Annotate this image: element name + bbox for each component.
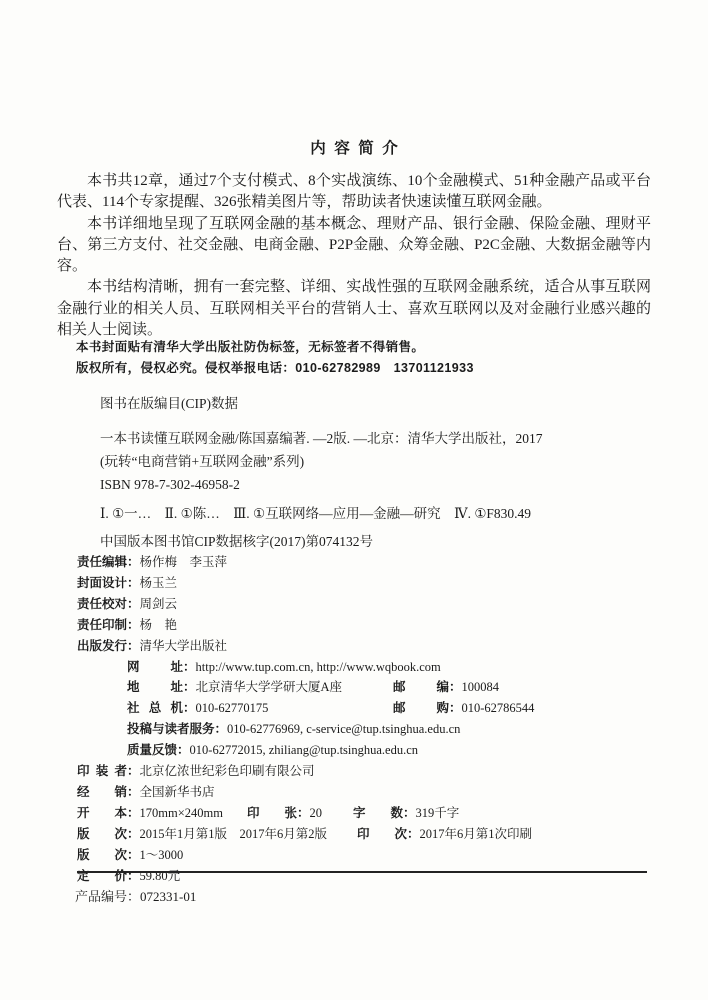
cip-line: 中国版本图书馆CIP数据核字(2017)第074132号 — [100, 531, 543, 552]
colophon-row: 质量反馈：010-62772015, zhiliang@tup.tsinghua… — [77, 740, 652, 761]
colophon-value: 2015年1月第1版 2017年6月第2版 — [140, 824, 328, 845]
colon: ： — [127, 866, 140, 887]
colophon-label: 质量反馈 — [127, 740, 177, 761]
colophon-value: 北京亿浓世纪彩色印刷有限公司 — [140, 761, 315, 782]
colophon-label: 字数 — [353, 803, 403, 824]
colon: ： — [183, 657, 196, 678]
cip-block: 图书在版编目(CIP)数据 一本书读懂互联网金融/陈国嘉编著. —2版. —北京… — [100, 393, 543, 552]
intro-paragraph: 本书详细地呈现了互联网金融的基本概念、理财产品、银行金融、保险金融、理财平台、第… — [57, 214, 651, 278]
anti-piracy-notice: 本书封面贴有清华大学出版社防伪标签，无标签者不得销售。 版权所有，侵权必究。侵权… — [76, 337, 474, 379]
colophon-value: 59.80元 — [140, 866, 181, 887]
cip-line: (玩转“电商营销+互联网金融”系列) — [100, 451, 543, 472]
colophon-value: 杨 艳 — [140, 615, 178, 636]
colon: ： — [183, 677, 196, 698]
colophon-value: 170mm×240mm — [140, 803, 223, 824]
colon: ： — [127, 594, 140, 615]
colophon-value: 010-62786544 — [462, 698, 535, 719]
colophon-label: 责任校对 — [77, 594, 127, 615]
cip-line: ISBN 978-7-302-46958-2 — [100, 474, 543, 495]
colophon-row: 经销：全国新华书店 — [77, 782, 652, 803]
intro-paragraph: 本书结构清晰，拥有一套完整、详细、实战性强的互联网金融系统，适合从事互联网金融行… — [57, 277, 651, 341]
colon: ： — [127, 824, 140, 845]
colophon-row: 责任校对：周剑云 — [77, 594, 652, 615]
content-intro: 本书共12章，通过7个支付模式、8个实战演练、10个金融模式、51种金融产品或平… — [57, 171, 651, 341]
colophon-value: 周剑云 — [140, 594, 178, 615]
colophon-value: 北京清华大学学研大厦A座 — [196, 677, 343, 698]
colon: ： — [297, 803, 310, 824]
colophon-row: 版次：1～3000 — [77, 845, 652, 866]
colophon-label: 投稿与读者服务 — [127, 719, 215, 740]
colophon-row: 封面设计：杨玉兰 — [77, 573, 652, 594]
colon: ： — [407, 824, 420, 845]
notice-line: 版权所有，侵权必究。侵权举报电话：010-62782989 1370112193… — [76, 358, 474, 379]
colon: ： — [127, 615, 140, 636]
colophon-value: 杨作梅 李玉萍 — [140, 552, 228, 573]
cip-heading: 图书在版编目(CIP)数据 — [100, 393, 543, 414]
colon: ： — [127, 845, 140, 866]
product-code-label: 产品编号 — [75, 889, 127, 904]
colophon-label: 责任印制 — [77, 615, 127, 636]
colophon-row: 投稿与读者服务：010-62776969, c-service@tup.tsin… — [77, 719, 652, 740]
cip-line: Ⅰ. ①一… Ⅱ. ①陈… Ⅲ. ①互联网络—应用—金融—研究 Ⅳ. ①F830… — [100, 503, 543, 524]
cip-line: 一本书读懂互联网金融/陈国嘉编著. —2版. —北京：清华大学出版社，2017 — [100, 428, 543, 449]
colon: ： — [127, 636, 140, 657]
colophon-value: 010-62776969, c-service@tup.tsinghua.edu… — [227, 719, 460, 740]
colon: ： — [127, 552, 140, 573]
colophon-value: 20 — [310, 803, 323, 824]
notice-line: 本书封面贴有清华大学出版社防伪标签，无标签者不得销售。 — [76, 337, 474, 358]
colophon-row: 责任编辑：杨作梅 李玉萍 — [77, 552, 652, 573]
colophon-row: 开本：170mm×240mm 印张：20 字数：319千字 — [77, 803, 652, 824]
colophon-row: 地址：北京清华大学学研大厦A座 邮编：100084 — [77, 677, 652, 698]
colophon-label: 开本 — [77, 803, 127, 824]
product-code-line: 产品编号：072331-01 — [75, 886, 196, 905]
colon: ： — [127, 889, 140, 904]
colon: ： — [127, 573, 140, 594]
colophon-label: 出版发行 — [77, 636, 127, 657]
divider-rule — [77, 871, 647, 873]
colophon-label: 版次 — [77, 845, 127, 866]
colon: ： — [403, 803, 416, 824]
colophon-label: 网址 — [127, 657, 183, 678]
colophon-row: 网址：http://www.tup.com.cn, http://www.wqb… — [77, 657, 652, 678]
colophon-label: 定价 — [77, 866, 127, 887]
colon: ： — [449, 698, 462, 719]
intro-paragraph: 本书共12章，通过7个支付模式、8个实战演练、10个金融模式、51种金融产品或平… — [57, 171, 651, 214]
colophon-value: http://www.tup.com.cn, http://www.wqbook… — [196, 657, 441, 678]
colophon-value: 319千字 — [416, 803, 460, 824]
colon: ： — [449, 677, 462, 698]
colon: ： — [127, 803, 140, 824]
colophon-label: 地址 — [127, 677, 183, 698]
colophon-label: 印次 — [357, 824, 407, 845]
colophon: 责任编辑：杨作梅 李玉萍 封面设计：杨玉兰 责任校对：周剑云 责任印制：杨 艳 … — [77, 552, 652, 887]
colophon-value: 2017年6月第1次印刷 — [420, 824, 533, 845]
colophon-label: 经销 — [77, 782, 127, 803]
colophon-value: 清华大学出版社 — [140, 636, 228, 657]
colophon-value: 全国新华书店 — [140, 782, 215, 803]
colophon-label: 封面设计 — [77, 573, 127, 594]
colophon-value: 1～3000 — [140, 845, 184, 866]
colophon-value: 100084 — [462, 677, 500, 698]
colon: ： — [215, 719, 228, 740]
colophon-label: 印装者 — [77, 761, 127, 782]
book-copyright-page: 内容简介 本书共12章，通过7个支付模式、8个实战演练、10个金融模式、51种金… — [0, 0, 708, 1000]
colophon-label: 邮购 — [393, 698, 449, 719]
colophon-row: 社总机：010-62770175 邮购：010-62786544 — [77, 698, 652, 719]
colophon-label: 版次 — [77, 824, 127, 845]
colophon-value: 杨玉兰 — [140, 573, 178, 594]
content-intro-title: 内容简介 — [0, 136, 708, 158]
colophon-row: 定价：59.80元 — [77, 866, 652, 887]
colophon-label: 社总机 — [127, 698, 183, 719]
colophon-row: 责任印制：杨 艳 — [77, 615, 652, 636]
colophon-row: 版次：2015年1月第1版 2017年6月第2版 印次：2017年6月第1次印刷 — [77, 824, 652, 845]
colophon-value: 010-62770175 — [196, 698, 269, 719]
colophon-value: 010-62772015, zhiliang@tup.tsinghua.edu.… — [190, 740, 419, 761]
colon: ： — [127, 782, 140, 803]
colophon-row: 印装者：北京亿浓世纪彩色印刷有限公司 — [77, 761, 652, 782]
colon: ： — [183, 698, 196, 719]
colon: ： — [127, 761, 140, 782]
product-code-value: 072331-01 — [140, 889, 196, 904]
colophon-label: 责任编辑 — [77, 552, 127, 573]
colophon-row: 出版发行：清华大学出版社 — [77, 636, 652, 657]
colophon-label: 印张 — [247, 803, 297, 824]
colophon-label: 邮编 — [393, 677, 449, 698]
colon: ： — [177, 740, 190, 761]
